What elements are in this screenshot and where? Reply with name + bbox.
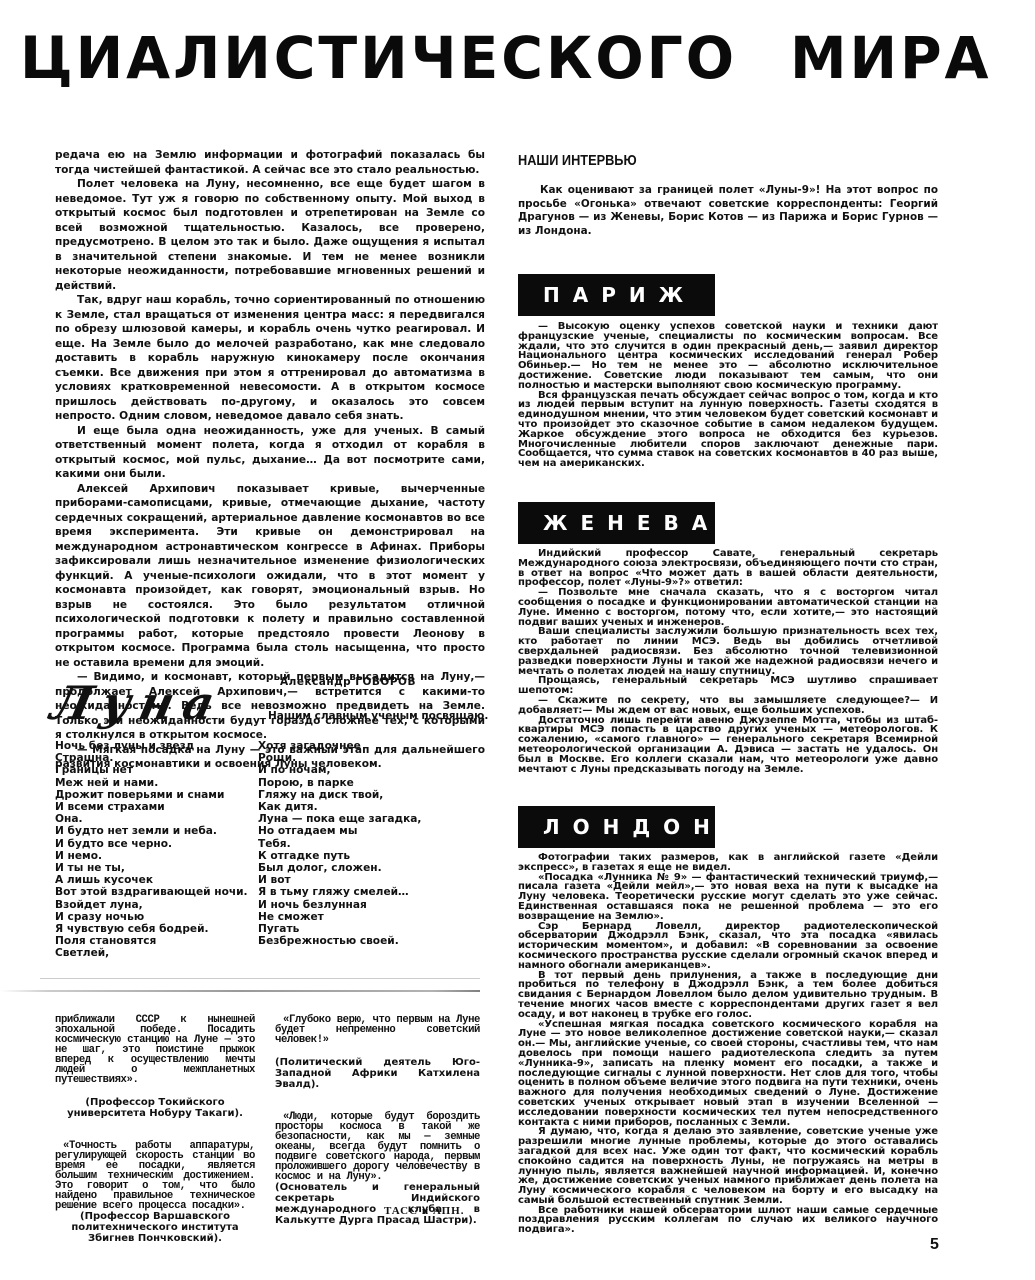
poem-line: Луна — пока еще загадка, (258, 813, 421, 825)
report-paragraph: Достаточно лишь перейти авеню Джузеппе М… (518, 716, 938, 775)
geneva-report: Индийский профессор Савате, генеральный … (518, 549, 938, 774)
article-paragraph: Так, вдруг наш корабль, точно сориентиро… (55, 293, 485, 424)
poem-line: И будто все черно. (55, 838, 248, 850)
poem-line: А лишь кусочек (55, 874, 248, 886)
poem-line: Рощи. (258, 752, 421, 764)
article-paragraph: Полет человека на Луну, несомненно, все … (55, 177, 485, 293)
quotes-column-left: приближали СССР к нынешней эпохальной по… (55, 1015, 255, 1244)
page-headline: ЦИАЛИСТИЧЕСКОГОМИРА (20, 26, 991, 90)
poem-line: Но отгадаем мы (258, 825, 421, 837)
report-paragraph: — Скажите по секрету, что вы замышляете … (518, 696, 938, 716)
city-banner-london: ЛОНДОН (518, 806, 715, 848)
poem-line: К отгадке путь (258, 850, 421, 862)
london-report: Фотографии таких размеров, как в английс… (518, 853, 938, 1235)
poem-line: Страшна. (55, 752, 248, 764)
poem-line: Границы нет (55, 764, 248, 776)
poem-line: И вот (258, 874, 421, 886)
news-agency-credit: ТАСС и АПН. (384, 1205, 464, 1217)
report-paragraph: «Посадка «Лунника № 9» — фантастический … (518, 873, 938, 922)
article-paragraph: редача ею на Землю информации и фотограф… (55, 148, 485, 177)
poem-line: Взойдет луна, (55, 899, 248, 911)
report-paragraph: Ваши специалисты заслужили большую призн… (518, 627, 938, 676)
poem-line: Был долог, сложен. (258, 862, 421, 874)
page-number: 5 (930, 1236, 939, 1254)
poem-line: Меж ней и нами. (55, 777, 248, 789)
report-paragraph: Вся французская печать обсуждает сейчас … (518, 391, 938, 469)
article-paragraph: И еще была одна неожиданность, уже для у… (55, 424, 485, 482)
poem-line: Тебя. (258, 838, 421, 850)
interview-heading: НАШИ ИНТЕРВЬЮ (518, 152, 637, 169)
poem-line: Как дитя. (258, 801, 421, 813)
headline-part-2: МИРА (790, 24, 992, 92)
poem-line: Пугать (258, 923, 421, 935)
poem-line: Она. (55, 813, 248, 825)
interview-intro: Как оценивают за границей полет «Луны-9»… (518, 184, 938, 238)
poem-line: И ночь безлунная (258, 899, 421, 911)
poem-line: Ночь без луны и звезд (55, 740, 248, 752)
poem-title: Луна (47, 678, 229, 728)
report-paragraph: Фотографии таких размеров, как в английс… (518, 853, 938, 873)
poem-line: Не сможет (258, 911, 421, 923)
paris-report: — Высокую оценку успехов советской науки… (518, 322, 938, 469)
quote-text: «Люди, которые будут бороздить просторы … (275, 1112, 480, 1182)
poem-line: Поля становятся (55, 935, 248, 947)
poem-line: Светлей, (55, 947, 248, 959)
interview-intro-text: Как оценивают за границей полет «Луны-9»… (518, 184, 938, 238)
quote-text: «Точность работы аппаратуры, регулирующе… (55, 1141, 255, 1211)
report-paragraph: — Высокую оценку успехов советской науки… (518, 322, 938, 391)
poem-dedication: Нашим славным ученым посвящаю. (268, 710, 488, 722)
poem-stanza-left: Ночь без луны и звезд Страшна. Границы н… (55, 740, 248, 960)
poem-line: Дрожит поверьями и снами (55, 789, 248, 801)
poem-line: И всеми страхами (55, 801, 248, 813)
report-paragraph: — Позвольте мне сначала сказать, что я с… (518, 588, 938, 627)
quote-text: приближали СССР к нынешней эпохальной по… (55, 1015, 255, 1085)
poem-line: Гляжу на диск твой, (258, 789, 421, 801)
poem-line: Я в тьму гляжу смелей… (258, 886, 421, 898)
city-banner-geneva: ЖЕНЕВА (518, 502, 715, 544)
report-paragraph: Прощаясь, генеральный секретарь МСЭ шутл… (518, 676, 938, 696)
article-paragraph: Алексей Архипович показывает кривые, выч… (55, 482, 485, 671)
quote-attribution: (Основатель и генеральный секретарь Инди… (275, 1182, 480, 1226)
poem-stanza-right: Хотя загадочнее Рощи. И по ночам, Порою,… (258, 740, 421, 947)
report-paragraph: Я думаю, что, когда я делаю это заявлени… (518, 1127, 938, 1205)
report-paragraph: Индийский профессор Савате, генеральный … (518, 549, 938, 588)
headline-part-1: ЦИАЛИСТИЧЕСКОГО (20, 24, 737, 92)
quote-attribution: (Политический деятель Юго-Западной Африк… (275, 1057, 480, 1090)
poem-line: И немо. (55, 850, 248, 862)
report-paragraph: Все работники нашей обсерватории шлют на… (518, 1206, 938, 1235)
report-paragraph: В тот первый день прилунения, а также в … (518, 971, 938, 1020)
poem-line: Порою, в парке (258, 777, 421, 789)
poem-line: Безбрежностью своей. (258, 935, 421, 947)
report-paragraph: «Успешная мягкая посадка советского косм… (518, 1020, 938, 1128)
poem-line: И сразу ночью (55, 911, 248, 923)
poem-line: Я чувствую себя бодрей. (55, 923, 248, 935)
poem-line: И ты не ты, (55, 862, 248, 874)
poem-line: Вот этой вздрагивающей ночи. (55, 886, 248, 898)
city-banner-paris: ПАРИЖ (518, 274, 715, 316)
quote-text: «Глубоко верю, что первым на Луне будет … (275, 1015, 480, 1045)
poem-line: И будто нет земли и неба. (55, 825, 248, 837)
poem-line: И по ночам, (258, 764, 421, 776)
section-divider-faint (40, 978, 480, 979)
report-paragraph: Сэр Бернард Ловелл, директор радиотелеск… (518, 922, 938, 971)
section-divider (0, 990, 480, 992)
quotes-column-right: «Глубоко верю, что первым на Луне будет … (275, 1015, 480, 1226)
poem-line: Хотя загадочнее (258, 740, 421, 752)
quote-attribution: (Профессор Варшавского политехнического … (55, 1211, 255, 1244)
poem-author: Александр ГОВОРОВ (280, 676, 416, 688)
quote-attribution: (Профессор Токийского университета Нобур… (55, 1097, 255, 1119)
